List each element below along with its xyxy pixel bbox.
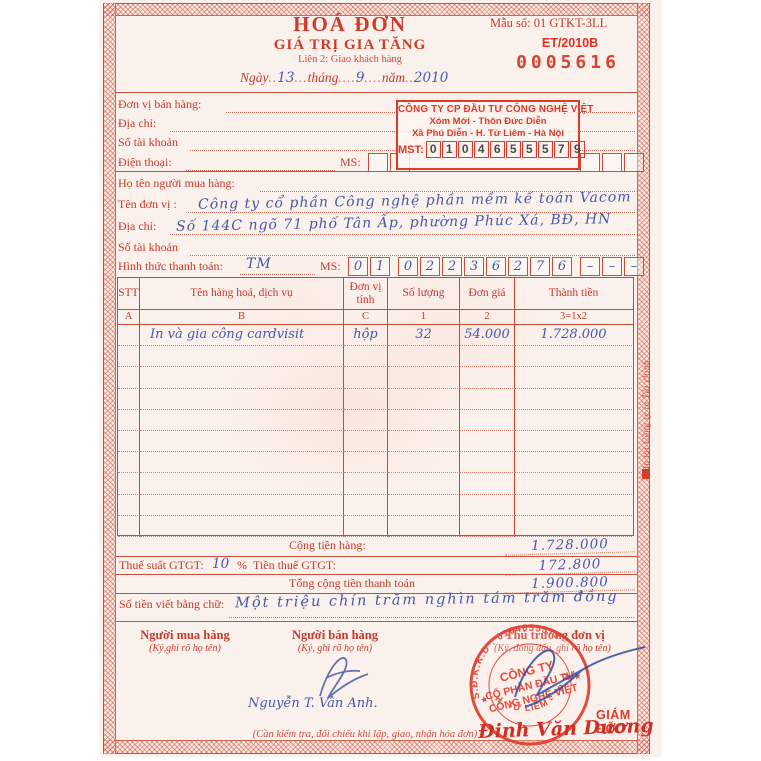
form-number: Mẫu số: 01 GTKT-3LL	[490, 16, 640, 31]
date-word-year: năm	[382, 70, 405, 85]
ms-suffix-box: –	[580, 257, 600, 276]
seller-ms-label: MS:	[340, 155, 361, 170]
empty-row	[118, 452, 633, 473]
buyer-unit-label: Tên đơn vị :	[118, 197, 180, 211]
buyer-ms-boxes: 0102236276–––	[348, 257, 646, 276]
divider	[116, 171, 637, 172]
ms-box	[368, 153, 388, 172]
dotted-leader	[170, 234, 635, 235]
amount-words-label: Số tiền viết bằng chữ:	[119, 597, 224, 612]
ms-digit-box: 2	[442, 257, 462, 276]
ornate-border-bottom	[103, 740, 650, 754]
table-header-row: STT Tên hàng hoá, dịch vụ Đơn vị tính Số…	[118, 278, 633, 310]
ms-digit-box: 0	[398, 257, 418, 276]
mst-digit: 7	[554, 141, 569, 158]
empty-row	[118, 367, 633, 388]
buyer-name-label: Họ tên người mua hàng:	[118, 176, 238, 190]
date-word-day: Ngày	[240, 70, 269, 85]
seller-sign-title: Người bán hàng	[270, 628, 400, 643]
item-unit: hộp	[344, 325, 388, 346]
buyer-ms-label: MS:	[320, 259, 341, 274]
table-subheader-row: A B C 1 2 3=1x2	[118, 310, 633, 325]
item-name: In và gia công cardvisit	[140, 325, 344, 346]
print-note-text: In tại Công ty in Tài chính	[641, 360, 651, 469]
dotted-leader	[240, 274, 315, 275]
mst-digit: 5	[538, 141, 553, 158]
subtotal-row: Cộng tiền hàng: 1.728.000	[117, 538, 634, 556]
seller-stamp-box: CÔNG TY CP ĐẦU TƯ CÔNG NGHỆ VIỆT Xóm Mới…	[396, 100, 580, 170]
seller-address-label: Địa chỉ:	[118, 116, 159, 130]
mst-digit: 4	[474, 141, 489, 158]
divider	[116, 92, 637, 93]
stamp-address-2: Xã Phú Diễn - H. Từ Liêm - Hà Nội	[398, 128, 578, 139]
ms-suffix-box: –	[602, 257, 622, 276]
seller-signer-name: Nguyễn T. Vân Anh.	[248, 696, 378, 711]
items-table: STT Tên hàng hoá, dịch vụ Đơn vị tính Số…	[117, 277, 634, 536]
date-day-value: 13	[277, 70, 294, 86]
item-qty: 32	[388, 325, 460, 346]
ms-digit-box: 1	[370, 257, 390, 276]
item-row: In và gia công cardvisit hộp 32 54.000 1…	[118, 325, 633, 346]
ms-digit-box: 0	[348, 257, 368, 276]
invoice-scan: HOÁ ĐƠN GIÁ TRỊ GIA TĂNG Liên 2: Giao kh…	[0, 0, 761, 761]
mst-digit: 9	[570, 141, 585, 158]
series-code: ET/2010B	[505, 36, 635, 50]
tax-value: 172.800	[505, 555, 635, 575]
ms-suffix-box: –	[624, 257, 644, 276]
subheader-c: C	[344, 310, 388, 324]
buyer-address-label: Địa chỉ:	[118, 219, 159, 233]
buyer-address-row: Địa chỉ: Số 144C ngõ 71 phố Tân Ấp, phườ…	[118, 219, 635, 238]
percent-sign: %	[237, 558, 247, 573]
mst-digit: 0	[458, 141, 473, 158]
mst-digit: 5	[506, 141, 521, 158]
printer-logo-icon	[642, 469, 650, 479]
buyer-account-label: Số tài khoản	[118, 240, 181, 254]
empty-row	[118, 495, 633, 516]
ms-digit-box: 7	[530, 257, 550, 276]
empty-row	[118, 410, 633, 431]
date-year-value: 2010	[414, 70, 448, 86]
stamp-mst-label: MST:	[398, 144, 424, 156]
serial-number: 0005616	[498, 52, 638, 73]
buyer-sign-note: (Ký,ghi rõ họ tên)	[120, 643, 250, 654]
ms-digit-box: 3	[464, 257, 484, 276]
subheader-1: 1	[388, 310, 460, 324]
seller-account-label: Số tài khoản	[118, 135, 181, 149]
stamp-mst-row: MST:0104655579	[398, 141, 578, 159]
stamp-address-1: Xóm Mới - Thôn Đức Diễn	[398, 116, 578, 127]
director-name-stamp: Đinh Văn Dương	[478, 715, 649, 743]
empty-row	[118, 516, 633, 537]
item-amount: 1.728.000	[515, 325, 632, 346]
ms-digit-box: 6	[552, 257, 572, 276]
empty-row	[118, 389, 633, 410]
ms-digit-box: 2	[508, 257, 528, 276]
buyer-payment-row: Hình thức thanh toán: TM MS: 0102236276–…	[118, 259, 635, 278]
col-header-stt: STT	[118, 278, 140, 309]
copy-note: Liên 2: Giao khách hàng	[220, 54, 480, 65]
col-header-unit: Đơn vị tính	[344, 278, 388, 309]
payment-method-value: TM	[246, 256, 272, 272]
subheader-a: A	[118, 310, 140, 324]
subheader-b: B	[140, 310, 344, 324]
subtotal-label: Cộng tiền hàng:	[289, 538, 366, 553]
ms-box	[602, 153, 622, 172]
stamp-company-name: CÔNG TY CP ĐẦU TƯ CÔNG NGHỆ VIỆT	[398, 104, 578, 115]
subheader-2: 2	[460, 310, 515, 324]
subheader-3: 3=1x2	[515, 310, 632, 324]
mst-digit: 1	[442, 141, 457, 158]
buyer-payment-label: Hình thức thanh toán:	[118, 259, 226, 273]
date-line: Ngày..13...tháng....9....năm..2010	[240, 70, 480, 86]
print-note-wrap: In tại Công ty in Tài chính	[641, 292, 657, 482]
ms-digit-box: 2	[420, 257, 440, 276]
col-header-amount: Thành tiền	[515, 278, 632, 309]
check-note: (Cần kiểm tra, đối chiếu khi lập, giao, …	[210, 729, 520, 740]
col-header-name: Tên hàng hoá, dịch vụ	[140, 278, 344, 309]
item-price: 54.000	[460, 325, 515, 346]
tax-label: Tiền thuế GTGT:	[253, 558, 336, 573]
ms-digit-box: 6	[486, 257, 506, 276]
date-month-value: 9	[356, 70, 365, 86]
ornate-border-left	[103, 3, 116, 754]
invoice-subtitle: GIÁ TRỊ GIA TĂNG	[220, 37, 480, 54]
empty-row	[118, 473, 633, 494]
subtotal-value: 1.728.000	[505, 535, 635, 555]
seller-phone-label: Điện thoại:	[118, 155, 175, 169]
tax-rate-label: Thuế suất GTGT:	[119, 558, 204, 573]
tax-rate-value: 10	[212, 556, 229, 572]
mst-digit: 0	[426, 141, 441, 158]
empty-row	[118, 346, 633, 367]
mst-digit: 6	[490, 141, 505, 158]
print-note: In tại Công ty in Tài chính	[641, 292, 651, 482]
invoice-paper: HOÁ ĐƠN GIÁ TRỊ GIA TĂNG Liên 2: Giao kh…	[100, 0, 661, 757]
seller-ms-boxes-tail	[580, 153, 646, 172]
date-word-month: tháng	[308, 70, 339, 85]
empty-row	[118, 431, 633, 452]
item-stt	[118, 325, 140, 346]
buyer-sign-title: Người mua hàng	[120, 628, 250, 643]
seller-unit-label: Đơn vị bán hàng:	[118, 97, 204, 111]
mst-digit: 5	[522, 141, 537, 158]
director-signature	[495, 635, 650, 715]
col-header-qty: Số lượng	[388, 278, 460, 309]
invoice-title: HOÁ ĐƠN	[220, 12, 480, 37]
col-header-price: Đơn giá	[460, 278, 515, 309]
grand-total-label: Tổng cộng tiền thanh toán	[289, 576, 415, 591]
ms-box	[624, 153, 644, 172]
